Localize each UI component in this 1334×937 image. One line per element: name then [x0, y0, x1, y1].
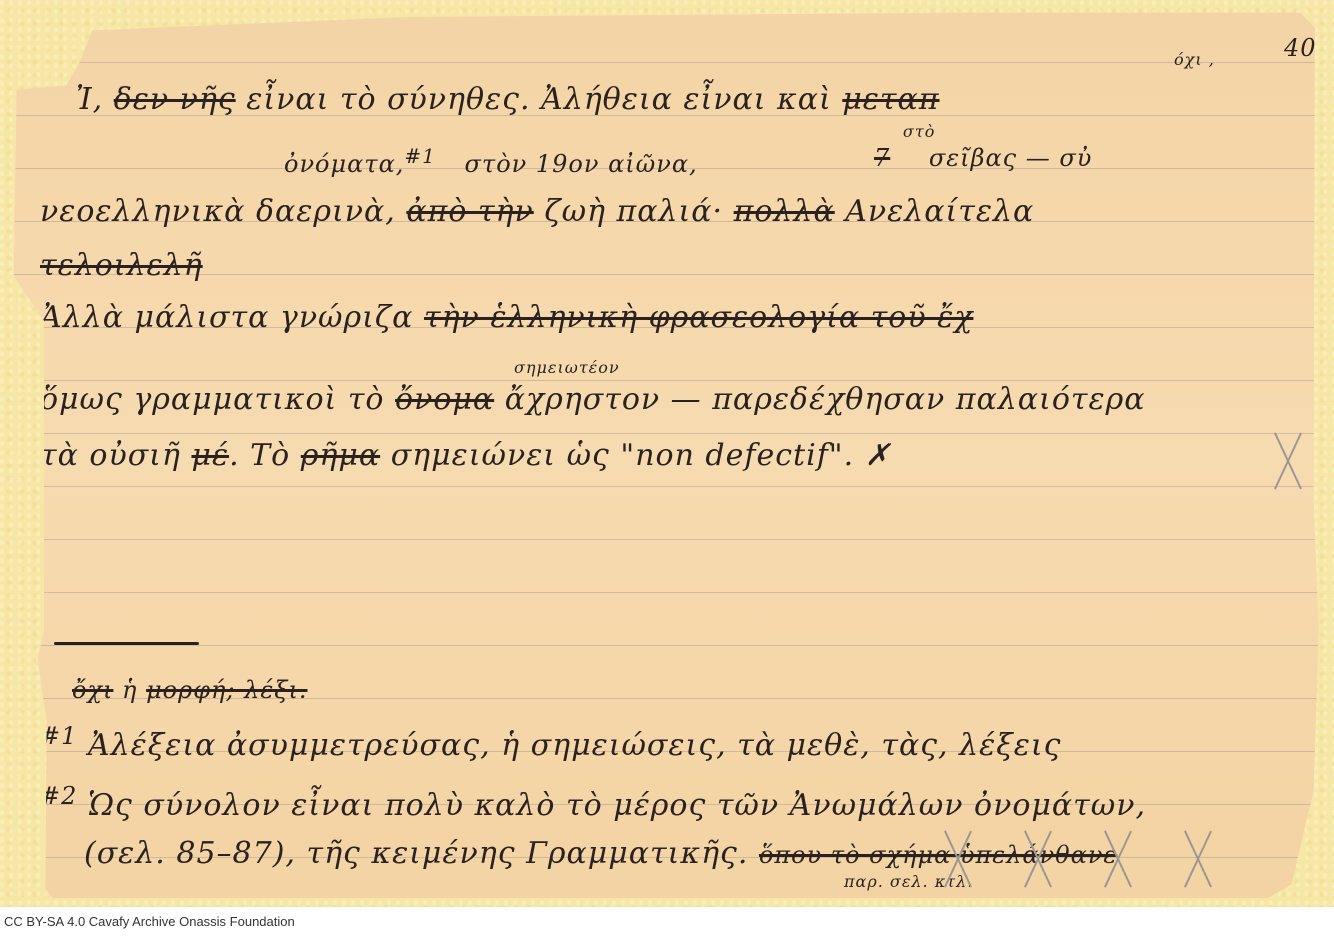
- manuscript-insertion: σημειωτέον: [514, 358, 620, 377]
- corner-annotation: όχι ,: [1174, 50, 1215, 69]
- text-run: ἄχρηστον — παρεδέχθησαν παλαιότερα: [505, 382, 1146, 417]
- cross-mark: ✗: [865, 438, 891, 473]
- struck-text: μορφή; λέξι.: [146, 676, 307, 704]
- ruled-line: [14, 645, 1320, 646]
- text-run: ὅμως γραμματικοὶ τὸ: [40, 382, 385, 417]
- text-run: τὰ οὐσιῆ: [40, 438, 181, 473]
- manuscript-line-3: νεοελληνικὰ δαερινὰ, ἀπὸ τὴν ζωὴ παλιά· …: [40, 194, 1034, 229]
- text-run: εἶναι τὸ σύνηθες. Ἀλήθεια εἶναι καὶ: [246, 82, 832, 117]
- manuscript-line-2b: 7 στὸ σεῖβας — σὐ: [874, 144, 1092, 172]
- text-run: (σελ. 85–87), τῆς κειμένης Γραμματικῆς.: [84, 836, 748, 871]
- ruled-line: [14, 486, 1320, 487]
- footnote-2: #2 Ὡς σύνολον εἶναι πολὺ καλὸ τὸ μέρος τ…: [40, 782, 1146, 823]
- insertion: σημειωτέον: [514, 358, 620, 377]
- struck-text: τὴν ἑλληνικὴ φρασεολογία τοῦ ἔχ: [424, 300, 973, 335]
- manuscript-line-8: τὰ οὐσιῆ μέ. Τὸ ρῆμα σημειώνει ὡς "non d…: [40, 438, 891, 473]
- struck-text: μέ: [191, 438, 229, 473]
- text-run: σεῖβας — σὐ: [929, 144, 1092, 172]
- pencil-cross-mark-icon: [1184, 828, 1212, 888]
- manuscript-line-7: ὅμως γραμματικοὶ τὸ ὄνομα ἄχρηστον — παρ…: [40, 382, 1145, 417]
- struck-text: τελοιλελῆ: [40, 248, 203, 283]
- ruled-line: [14, 62, 1320, 63]
- struck-text: ὄχι: [72, 676, 113, 704]
- manuscript-line-2: ὀνόματα,#1 στὸν 19ον αἰῶνα,: [284, 144, 698, 178]
- license-caption: CC BY-SA 4.0 Cavafy Archive Onassis Foun…: [4, 914, 295, 929]
- footnote-mark: #1: [404, 144, 435, 168]
- struck-text: μεταπ: [842, 82, 939, 117]
- ruled-line: [14, 592, 1320, 593]
- text-run: Ἰ,: [76, 82, 103, 117]
- pencil-cross-mark-icon: [944, 828, 972, 888]
- manuscript-line-4: τελοιλελῆ: [40, 248, 203, 283]
- ruled-line: [14, 539, 1320, 540]
- text-run: στὸν 19ον αἰῶνα,: [465, 150, 698, 178]
- text-run: σημειώνει ὡς "non defectif".: [391, 438, 854, 473]
- footnote-1: #1 Ἀλέξεια ἀσυμμετρεύσας, ἡ σημειώσεις, …: [40, 722, 1061, 763]
- text-run: ζωὴ παλιά·: [544, 194, 723, 229]
- struck-number: 7: [874, 144, 890, 172]
- struck-text: δεν νῆς: [114, 82, 236, 117]
- struck-text: ὅπου τὸ σχήμα ὑπελάνθανε: [759, 841, 1117, 869]
- manuscript-line-1: Ἰ, δεν νῆς εἶναι τὸ σύνηθες. Ἀλήθεια εἶν…: [76, 82, 939, 117]
- page-number: 40: [1284, 34, 1317, 62]
- pencil-cross-mark-icon: [1104, 828, 1132, 888]
- text-run: Ὡς σύνολον εἶναι πολὺ καλὸ τὸ μέρος τῶν …: [88, 788, 1146, 823]
- footnote-line-0: ὄχι ἡ μορφή; λέξι.: [72, 676, 307, 704]
- manuscript-paper: 40 όχι , Ἰ, δεν νῆς εἶναι τὸ σύνηθες. Ἀλ…: [14, 10, 1320, 898]
- insertion: στὸ: [903, 122, 935, 141]
- manuscript-line-5: Ἀλλὰ μάλιστα γνώριζα τὴν ἑλληνικὴ φρασεο…: [40, 300, 973, 335]
- text-run: νεοελληνικὰ δαερινὰ,: [40, 194, 396, 229]
- struck-text: πολλὰ: [734, 194, 835, 229]
- struck-text: ὄνομα: [395, 382, 494, 417]
- pencil-cross-mark-icon: [1274, 430, 1302, 490]
- struck-text: ρῆμα: [301, 438, 380, 473]
- text-run: Ἀλέξεια ἀσυμμετρεύσας, ἡ σημειώσεις, τὰ …: [88, 728, 1061, 763]
- text-run: ὀνόματα,: [284, 150, 404, 178]
- ruled-line: [14, 433, 1320, 434]
- text-run: . Τὸ: [229, 438, 290, 473]
- text-run: Ἀλλὰ μάλιστα γνώριζα: [40, 300, 413, 335]
- footnote-separator: [54, 642, 199, 645]
- text-run: Ανελαίτελα: [845, 194, 1034, 229]
- ruled-line: [14, 274, 1320, 275]
- pencil-cross-mark-icon: [1024, 828, 1052, 888]
- text-run: ἡ: [122, 676, 137, 704]
- struck-text: ἀπὸ τὴν: [406, 194, 533, 229]
- ruled-line: [14, 380, 1320, 381]
